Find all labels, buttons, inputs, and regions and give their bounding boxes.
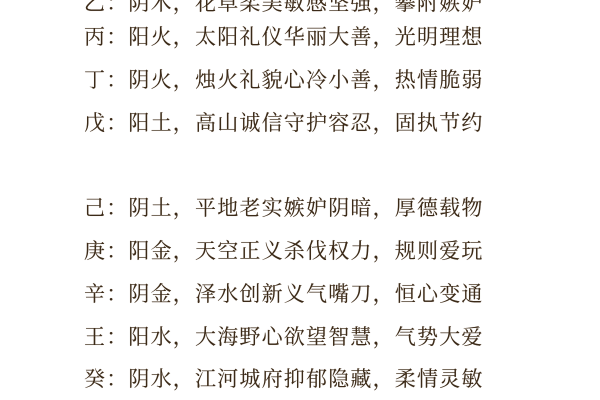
text-line-gui: 癸：阴水，江河城府抑郁隐藏，柔情灵敏 [84, 364, 524, 394]
text-line-ji: 己：阴土，平地老实嫉妒阴暗，厚德载物 [84, 193, 524, 223]
text-line-yi: 乙：阴木，花草柔美敏感坚强，攀附嫉妒 [84, 0, 524, 18]
text-line-wu: 戊：阳土，高山诚信守护容忍，固执节约 [84, 108, 524, 138]
text-line-geng: 庚：阳金，天空正义杀伐权力，规则爱玩 [84, 236, 524, 266]
text-line-ren: 王：阳水，大海野心欲望智慧，气势大爱 [84, 322, 524, 352]
text-line-bing: 丙：阳火，太阳礼仪华丽大善，光明理想 [84, 22, 524, 52]
text-line-xin: 辛：阴金，泽水创新义气嘴刀，恒心变通 [84, 279, 524, 309]
text-line-ding: 丁：阴火，烛火礼貌心冷小善，热情脆弱 [84, 65, 524, 95]
